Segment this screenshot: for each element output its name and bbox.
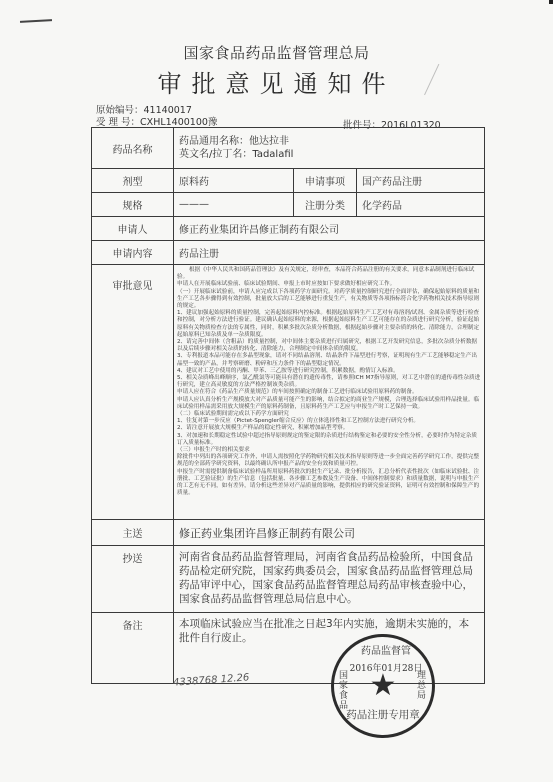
table-row: 抄送 河南省食品药品监督管理局，河南省食品药品检验所，中国食品药品检定研究院，国… [92, 546, 485, 613]
review-paragraph: 3、专利报道本品可能存在多晶型现象，请对不同结晶溶剂、结晶条件下晶型进行考察，证… [177, 353, 481, 367]
review-paragraph: 5、相关杂质峰出峰顺序，氯乙酰氯等可能具有潜在的遗传毒性，请参照ICH M7指导… [177, 375, 481, 389]
table-row: 药品名称 药品通用名称：他达拉非 英文名/拉丁名：Tadalafil [92, 128, 485, 169]
application-content-value: 药品注册 [174, 241, 485, 265]
spec-value: ——— [174, 193, 294, 217]
review-paragraph: 2、请完善中间体（含粗品）的质量控制，对中间体主要杂质进行归属研究，根据工艺开发… [177, 339, 481, 353]
review-paragraph: 1、建议加强起始原料的质量控制，完善起始原料内控标准。根据起始原料生产工艺对有毒… [177, 310, 481, 339]
review-paragraph: 申请人应在符合《药品生产质量规范》的车间按照确定的制备工艺进行临床试验用原料药的… [177, 389, 481, 396]
remarks-label: 备注 [92, 613, 174, 684]
applicant-value: 修正药业集团许昌修正制药有限公司 [174, 217, 485, 241]
seal-center-text: 药品注册专用章 [334, 707, 432, 722]
main-recipient-label: 主送 [92, 520, 174, 546]
main-recipient-value: 修正药业集团许昌修正制药有限公司 [174, 520, 485, 546]
review-opinion-text: 根据《中华人民共和国药品管理法》及有关规定，经审查，本品符合药品注册的有关要求，… [174, 265, 485, 520]
review-paragraphs: 根据《中华人民共和国药品管理法》及有关规定，经审查，本品符合药品注册的有关要求，… [177, 267, 481, 498]
document-title: 审批意见通知件 [0, 64, 553, 99]
remarks-value: 本项临床试验应当在批准之日起3年内实施，逾期未实施的，本批件自行废止。 [174, 613, 485, 684]
official-seal: 药品监督管 国家食品 理总局 2016年01月28日 ★ 药品注册专用章 [331, 634, 435, 738]
review-paragraph: 2、请注意开展放大规模生产样品的稳定性研究，积累增加晶型考察。 [177, 425, 481, 432]
drug-name-label: 药品名称 [92, 128, 174, 169]
generic-name: 药品通用名称：他达拉非 [179, 135, 479, 148]
review-paragraph: 根据《中华人民共和国药品管理法》及有关规定，经审查，本品符合药品注册的有关要求，… [177, 267, 481, 281]
star-icon: ★ [334, 671, 432, 701]
approval-notice-page: 国家食品药品监督管理总局 审批意见通知件 原始编号：41140017 受 理 号… [0, 0, 553, 782]
drug-name-cell: 药品通用名称：他达拉非 英文名/拉丁名：Tadalafil [174, 128, 485, 169]
dosage-form-value: 原料药 [174, 169, 294, 193]
scan-mark [549, 0, 553, 4]
review-paragraph: （一）开展临床试验前，申请人应完成以下各项药学方面研究。对药学质量控制研究进行全… [177, 289, 481, 311]
table-row: 审批意见 根据《中华人民共和国药品管理法》及有关规定，经审查，本品符合药品注册的… [92, 265, 485, 520]
table-row: 主送 修正药业集团许昌修正制药有限公司 [92, 520, 485, 546]
table-row: 申请内容 药品注册 [92, 241, 485, 265]
scan-mark [20, 19, 52, 23]
application-item-value: 国产药品注册 [357, 169, 485, 193]
cc-value: 河南省食品药品监督管理局，河南省食品药品检验所，中国食品药品检定研究院，国家药典… [174, 546, 485, 613]
review-paragraph: 4、建议对工艺中使用的丙酮、甲苯、三乙胺等进行研究控制，积累数据，酌情订入标准。 [177, 368, 481, 375]
english-name: 英文名/拉丁名：Tadalafil [179, 148, 479, 161]
review-paragraph: 申请人应认真分析生产规模放大对产品质量可能产生的影响，结合拟定的商业生产规模，合… [177, 397, 481, 411]
seal-ring-text: 药品监督管 [344, 642, 428, 657]
application-content-label: 申请内容 [92, 241, 174, 265]
spec-label: 规格 [92, 193, 174, 217]
review-opinion-label: 审批意见 [92, 265, 174, 520]
table-row: 申请人 修正药业集团许昌修正制药有限公司 [92, 217, 485, 241]
approval-form-table: 药品名称 药品通用名称：他达拉非 英文名/拉丁名：Tadalafil 剂型 原料… [91, 127, 485, 684]
dosage-form-label: 剂型 [92, 169, 174, 193]
registration-class-label: 注册分类 [294, 193, 357, 217]
review-paragraph: 3、对加速和长期稳定性试验中超过指导原则规定的鉴定限的杂质进行结构鉴定和必要的安… [177, 433, 481, 447]
review-paragraph: 除批件中列出的各项研究工作外，申请人需按照化学药物研究相关技术指导原则等进一步全… [177, 454, 481, 468]
review-paragraph: 申报生产时需提供制备临床试验样品所用原料药批次的批生产记录、批分析报告，汇总分析… [177, 469, 481, 498]
applicant-label: 申请人 [92, 217, 174, 241]
registration-class-value: 化学药品 [357, 193, 485, 217]
acceptance-number: 受 理 号：CXHL1400100豫 [96, 114, 217, 128]
cc-label: 抄送 [92, 546, 174, 613]
table-row: 剂型 原料药 申请事项 国产药品注册 [92, 169, 485, 193]
application-item-label: 申请事项 [294, 169, 357, 193]
table-row: 规格 ——— 注册分类 化学药品 [92, 193, 485, 217]
issuing-agency: 国家食品药品监督管理总局 [0, 42, 553, 63]
review-paragraph: 申请人在开展临床试验前、临床试验期间、申报上市时应按如下要求做好相应研究工作。 [177, 281, 481, 288]
